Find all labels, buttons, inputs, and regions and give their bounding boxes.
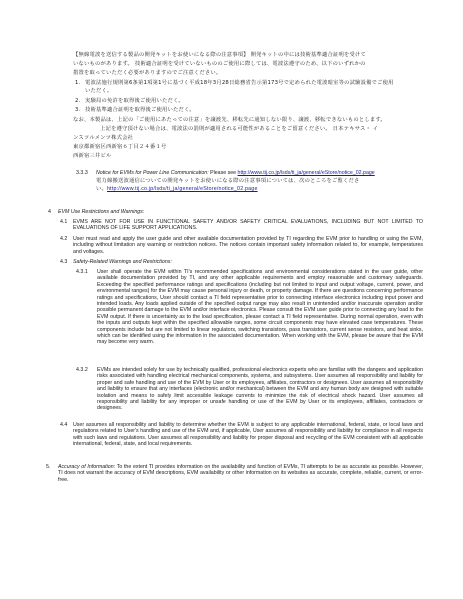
section-5-text: : To the extent TI provides information …	[58, 464, 423, 483]
section-4-2-number: 4.2	[60, 236, 67, 242]
jp-item-1-number: 1.	[75, 79, 80, 87]
jp-line-prefix: い。	[96, 186, 107, 192]
section-4-3-number: 4.3	[60, 259, 67, 265]
section-3-3-3-line-1: Notice for EVMs for Power Line Communica…	[96, 170, 375, 176]
jp-item-1-line-1: 電波法施行規則第6条第1項第1号に基づく平成18年3月28日総務省告示第173号…	[85, 79, 394, 87]
jp-intro-line-3: 措置を取っていただく必要がありますのでご注意ください。	[73, 69, 221, 77]
jp-intro-line-2: いないものがあります。 技術適合証明を受けていないもののご使用に際しては、電波法…	[73, 60, 366, 68]
section-4-1-number: 4.1	[60, 219, 67, 225]
section-3-3-3-jp-line-2: い。http://www.tij.co.jp/lsds/ti_ja/genera…	[96, 185, 258, 193]
section-3-3-3-text: Please see	[209, 170, 238, 176]
section-4-3-2-number: 4.3.2	[76, 367, 88, 373]
section-3-3-3-number: 3.3.3	[76, 170, 88, 176]
jp-intro-line-1: 【無線電波を送信する製品の開発キットをお使いになる際の注意事項】 開発キットの中…	[73, 51, 366, 59]
section-4-3-1-number: 4.3.1	[76, 269, 88, 275]
section-5-number: 5.	[46, 464, 50, 470]
notice-url-link[interactable]: http://www.tij.co.jp/lsds/ti_ja/general/…	[238, 170, 375, 176]
section-4-3-2-text: EVMs are intended solely for use by tech…	[97, 367, 423, 412]
section-4-4-number: 4.4	[60, 422, 67, 428]
jp-note-line-1: なお、本製品は、上記の「ご使用にあたっての注意」を譲渡先、移転先に通知しない限り…	[73, 116, 386, 124]
jp-item-1-line-2: いただく。	[85, 87, 112, 95]
jp-item-2-text: 実験局の免許を取得後ご使用いただく。	[85, 97, 184, 105]
section-4-3-1-text: User shall operate the EVM within TI's r…	[97, 269, 423, 346]
section-5-title: Accuracy of Information	[58, 464, 114, 470]
jp-item-3-number: 3.	[75, 106, 80, 114]
jp-company-address: 東京都新宿区西新宿６丁目２４番１号	[73, 143, 166, 151]
jp-company-building: 西新宿三井ビル	[73, 152, 111, 160]
notice-url-link-jp[interactable]: http://www.tij.co.jp/lsds/ti_ja/general/…	[107, 186, 258, 192]
section-4-2-text: User must read and apply the user guide …	[73, 236, 423, 255]
section-4-4-text: User assumes all responsibility and liab…	[73, 422, 423, 448]
section-4-1-text: EVMS ARE NOT FOR USE IN FUNCTIONAL SAFET…	[73, 219, 423, 232]
section-4-title: EVM Use Restrictions and Warnings:	[58, 209, 144, 215]
jp-note-line-2: 上記を遵守頂けない場合は、電波法の罰則が適用される可能性があることをご留意くださ…	[100, 125, 378, 133]
jp-company-name: ンスツルメンツ株式会社	[73, 134, 133, 142]
section-4-3-title: Safety-Related Warnings and Restrictions…	[73, 259, 172, 265]
section-3-3-3-title: Notice for EVMs for Power Line Communica…	[96, 170, 209, 176]
jp-item-3-text: 技術基準適合証明を取得後ご使用いただく。	[85, 106, 195, 114]
section-5-paragraph: Accuracy of Information: To the extent T…	[58, 464, 423, 483]
jp-item-2-number: 2.	[75, 97, 80, 105]
document-page: 【無線電波を送信する製品の開発キットをお使いになる際の注意事項】 開発キットの中…	[0, 0, 463, 599]
section-4-number: 4	[48, 209, 51, 215]
